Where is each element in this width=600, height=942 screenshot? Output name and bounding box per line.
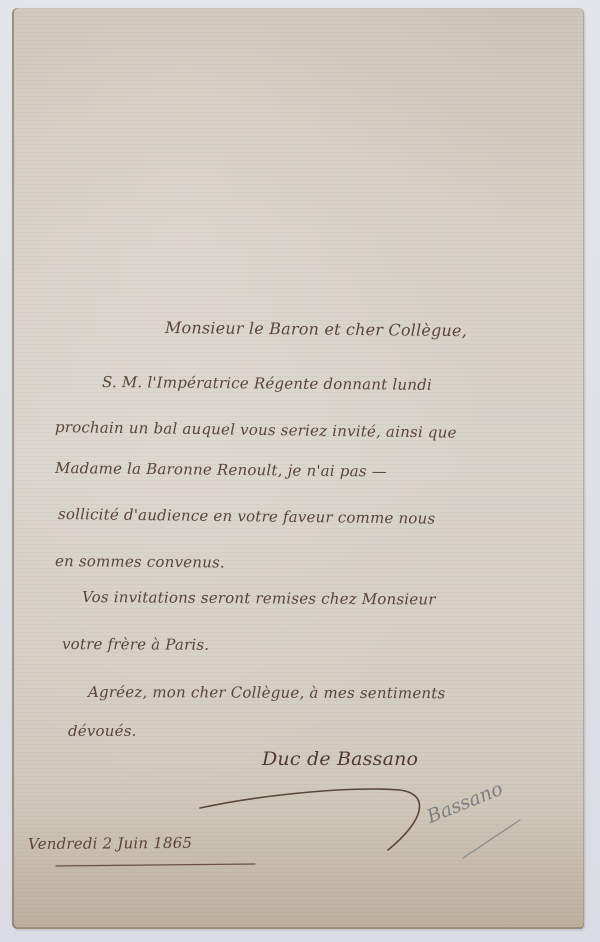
letter-body-line: dévoués. bbox=[68, 722, 137, 740]
letter-salutation: Monsieur le Baron et cher Collègue, bbox=[165, 318, 467, 340]
letter-body-line: Vos invitations seront remises chez Mons… bbox=[82, 588, 436, 608]
letter-body-line: en sommes convenus. bbox=[55, 552, 225, 571]
letter-body-line: Agréez, mon cher Collègue, à mes sentime… bbox=[88, 683, 446, 702]
date-line: Vendredi 2 Juin 1865 bbox=[28, 834, 192, 853]
signature: Duc de Bassano bbox=[262, 748, 418, 770]
letter-body-line: S. M. l'Impératrice Régente donnant lund… bbox=[102, 373, 432, 394]
letter-body-line: votre frère à Paris. bbox=[62, 635, 209, 654]
letter-body-line: Madame la Baronne Renoult, je n'ai pas — bbox=[55, 459, 387, 480]
